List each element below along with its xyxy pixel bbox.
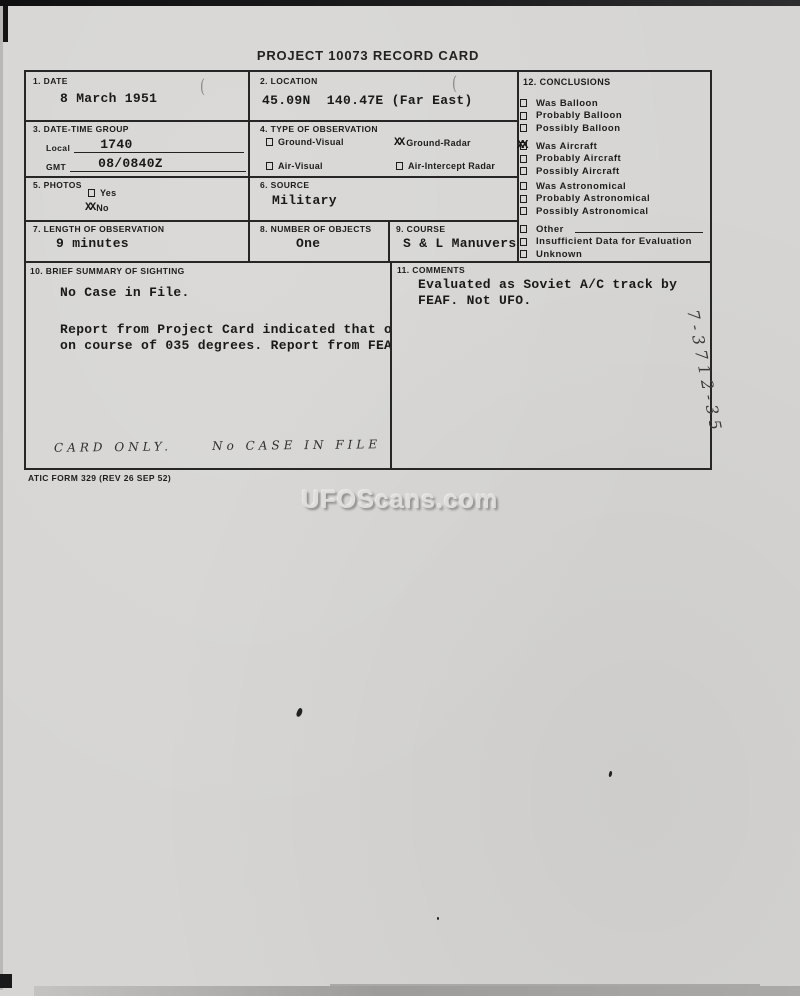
summary-cell: 10. BRIEF SUMMARY OF SIGHTING No Case in… bbox=[26, 261, 390, 468]
conclusions-group-balloon: Was Balloon Probably Balloon Possibly Ba… bbox=[520, 97, 622, 135]
checkbox-icon bbox=[520, 155, 527, 163]
checkbox-icon bbox=[520, 99, 527, 107]
field-value-length-of-observation: 9 minutes bbox=[56, 236, 129, 251]
conclusion-item: Was Balloon bbox=[520, 97, 622, 110]
record-card: 1. DATE 8 March 1951 2. LOCATION 45.09N … bbox=[24, 70, 712, 470]
dtg-local-row: Local 1740 bbox=[46, 134, 244, 153]
divider bbox=[26, 120, 517, 122]
conclusion-item: Insufficient Data for Evaluation bbox=[520, 236, 703, 249]
field-label-photos: 5. PHOTOS bbox=[33, 180, 82, 190]
conclusion-item-other: Other bbox=[520, 223, 703, 236]
field-label-date: 1. DATE bbox=[33, 76, 68, 86]
checkbox-icon bbox=[520, 182, 527, 190]
conclusions-group-astronomical: Was Astronomical Probably Astronomical P… bbox=[520, 180, 650, 218]
field-value-course: S & L Manuvers bbox=[403, 236, 516, 251]
scanned-document-page: { "page": { "title": "PROJECT 10073 RECO… bbox=[0, 0, 800, 996]
field-label-conclusions: 12. CONCLUSIONS bbox=[523, 77, 611, 87]
checkbox-icon bbox=[520, 112, 527, 120]
field-label-type-of-observation: 4. TYPE OF OBSERVATION bbox=[260, 124, 378, 134]
conclusion-item: Unknown bbox=[520, 248, 703, 261]
scan-speck bbox=[608, 771, 612, 778]
comments-line-1: Evaluated as Soviet A/C track by bbox=[418, 277, 677, 292]
conclusion-item: Probably Aircraft bbox=[520, 153, 621, 166]
summary-line-1: No Case in File. bbox=[60, 285, 190, 300]
checkbox-icon bbox=[520, 124, 527, 132]
dtg-local-label: Local bbox=[46, 143, 70, 153]
option-ground-radar: XX Ground-Radar bbox=[394, 137, 471, 149]
conclusion-item: Possibly Astronomical bbox=[520, 205, 650, 218]
checkbox-icon bbox=[520, 207, 527, 215]
comments-line-2: FEAF. Not UFO. bbox=[418, 293, 531, 308]
check-mark-xx: XX bbox=[394, 137, 403, 149]
divider bbox=[26, 220, 517, 222]
scan-corner-mark bbox=[0, 974, 12, 988]
field-label-location: 2. LOCATION bbox=[260, 76, 318, 86]
checkbox-icon bbox=[520, 250, 527, 258]
form-number: ATIC FORM 329 (REV 26 SEP 52) bbox=[28, 473, 171, 483]
dtg-gmt-row: GMT 08/0840Z bbox=[46, 153, 246, 172]
conclusion-item: Possibly Balloon bbox=[520, 122, 622, 135]
conclusion-item: Probably Balloon bbox=[520, 110, 622, 123]
field-label-course: 9. COURSE bbox=[396, 224, 445, 234]
option-ground-visual: Ground-Visual bbox=[266, 137, 344, 147]
watermark: UFOScans.com bbox=[24, 486, 776, 515]
conclusions-group-aircraft: XX Was Aircraft Probably Aircraft Possib… bbox=[520, 140, 621, 178]
summary-line-3: on course of 035 degrees. Report from FE… bbox=[60, 338, 390, 353]
scan-edge-top bbox=[0, 0, 800, 6]
checkbox-icon bbox=[520, 195, 527, 203]
field-value-location: 45.09N 140.47E (Far East) bbox=[262, 93, 473, 108]
divider bbox=[388, 220, 390, 261]
field-label-date-time-group: 3. DATE-TIME GROUP bbox=[33, 124, 129, 134]
scan-edge-left bbox=[0, 6, 3, 990]
conclusion-item: Was Astronomical bbox=[520, 180, 650, 193]
checkbox-icon bbox=[520, 238, 527, 246]
field-value-date: 8 March 1951 bbox=[60, 91, 157, 106]
field-label-summary: 10. BRIEF SUMMARY OF SIGHTING bbox=[30, 266, 185, 276]
scan-speck bbox=[437, 917, 439, 920]
dtg-local-value: 1740 bbox=[74, 137, 132, 152]
option-photos-no: XX No bbox=[85, 202, 109, 214]
checkbox-icon bbox=[520, 225, 527, 233]
divider bbox=[517, 72, 519, 261]
check-mark-xx: XX bbox=[85, 202, 94, 214]
conclusion-item-checked: XX Was Aircraft bbox=[520, 140, 621, 153]
checkbox-icon bbox=[266, 138, 273, 146]
divider bbox=[248, 72, 250, 261]
option-photos-yes: Yes bbox=[88, 188, 116, 198]
conclusion-item: Possibly Aircraft bbox=[520, 165, 621, 178]
option-air-intercept-radar: Air-Intercept Radar bbox=[396, 161, 495, 171]
dtg-gmt-label: GMT bbox=[46, 162, 66, 172]
field-value-number-of-objects: One bbox=[296, 236, 320, 251]
conclusions-group-other: Other Insufficient Data for Evaluation U… bbox=[520, 223, 703, 261]
scan-edge-bottom bbox=[34, 986, 800, 996]
checkbox-icon bbox=[396, 162, 403, 170]
field-label-source: 6. SOURCE bbox=[260, 180, 309, 190]
conclusion-item: Probably Astronomical bbox=[520, 193, 650, 206]
divider bbox=[390, 261, 392, 468]
checkbox-icon bbox=[266, 162, 273, 170]
field-label-length-of-observation: 7. LENGTH OF OBSERVATION bbox=[33, 224, 164, 234]
divider bbox=[26, 176, 517, 178]
checkbox-checked-icon: XX bbox=[520, 142, 527, 150]
field-label-comments: 11. COMMENTS bbox=[397, 265, 465, 275]
scan-speck bbox=[295, 707, 303, 717]
field-value-source: Military bbox=[272, 193, 337, 208]
checkbox-icon bbox=[88, 189, 95, 197]
dtg-gmt-value: 08/0840Z bbox=[70, 156, 163, 171]
handwritten-note: CARD ONLY.No CASE IN FILE bbox=[54, 437, 381, 454]
document-title: PROJECT 10073 RECORD CARD bbox=[24, 48, 712, 63]
dtg-gmt-line: 08/0840Z bbox=[70, 153, 246, 172]
dtg-local-line: 1740 bbox=[74, 134, 244, 153]
other-fill-line bbox=[575, 225, 703, 233]
checkbox-icon bbox=[520, 167, 527, 175]
summary-line-2: Report from Project Card indicated that … bbox=[60, 322, 390, 337]
paper-background: PROJECT 10073 RECORD CARD ( ( 1. DATE 8 … bbox=[0, 0, 800, 996]
field-label-number-of-objects: 8. NUMBER OF OBJECTS bbox=[260, 224, 371, 234]
option-air-visual: Air-Visual bbox=[266, 161, 323, 171]
